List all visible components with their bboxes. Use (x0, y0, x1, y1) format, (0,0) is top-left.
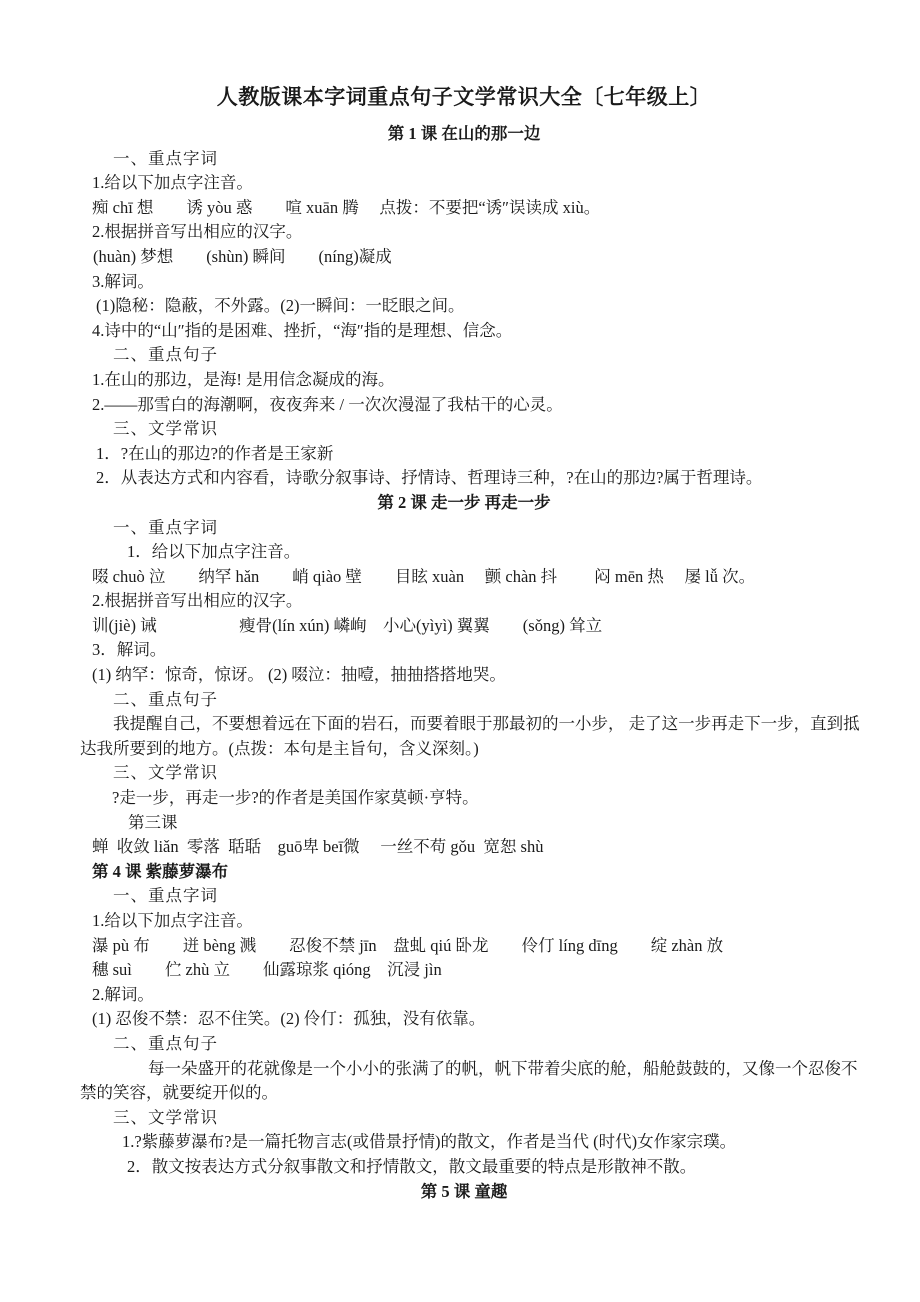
document-line: 啜 chuò 泣 纳罕 hǎn 峭 qiào 壁 目眩 xuàn 颤 chàn … (80, 565, 848, 590)
document-line: 1．?在山的那边?的作者是王家新 (80, 442, 848, 467)
document-line: 禁的笑容，就要绽开似的。 (80, 1081, 848, 1106)
document-line: (huàn) 梦想 (shùn) 瞬间 (níng)凝成 (80, 245, 848, 270)
document-line: 4.诗中的“山″指的是困难、挫折，“海″指的是理想、信念。 (80, 319, 848, 344)
document-content: 人教版课本字词重点句子文学常识大全〔七年级上〕 第 1 课 在山的那一边一、重点… (80, 84, 848, 1204)
document-title: 人教版课本字词重点句子文学常识大全〔七年级上〕 (80, 84, 848, 110)
document-line: 每一朵盛开的花就像是一个小小的张满了的帆，帆下带着尖底的舱，船舱鼓鼓的，又像一个… (80, 1057, 848, 1082)
document-line: 2.解词。 (80, 983, 848, 1008)
document-page: 人教版课本字词重点句子文学常识大全〔七年级上〕 第 1 课 在山的那一边一、重点… (0, 0, 920, 1302)
document-line: (1) 纳罕：惊奇，惊讶。 (2) 啜泣：抽噎，抽抽搭搭地哭。 (80, 663, 848, 688)
section-heading: 一、重点字词 (80, 147, 848, 172)
document-line: 2.根据拼音写出相应的汉字。 (80, 589, 848, 614)
section-heading: 一、重点字词 (80, 884, 848, 909)
section-heading: 二、重点句子 (80, 343, 848, 368)
document-line: 训(jiè) 诫 瘦骨(lín xún) 嶙峋 小心(yìyì) 翼翼 (sǒn… (80, 614, 848, 639)
document-line: 2.——那雪白的海潮啊，夜夜奔来 / 一次次漫湿了我枯干的心灵。 (80, 393, 848, 418)
section-heading: 三、文学常识 (80, 417, 848, 442)
document-lines: 第 1 课 在山的那一边一、重点字词1.给以下加点字注音。痴 chī 想 诱 y… (80, 122, 848, 1204)
section-heading: 一、重点字词 (80, 516, 848, 541)
document-line: ?走一步，再走一步?的作者是美国作家莫顿·亨特。 (80, 786, 848, 811)
lesson-heading: 第 5 课 童趣 (80, 1180, 848, 1205)
document-line: 2.根据拼音写出相应的汉字。 (80, 220, 848, 245)
section-heading: 二、重点句子 (80, 1032, 848, 1057)
document-line: 3.解词。 (80, 270, 848, 295)
document-line: 1．给以下加点字注音。 (80, 540, 848, 565)
section-heading: 三、文学常识 (80, 1106, 848, 1131)
document-line: 我提醒自己，不要想着远在下面的岩石，而要着眼于那最初的一小步， 走了这一步再走下… (80, 712, 848, 737)
document-line: 1.?紫藤萝瀑布?是一篇托物言志(或借景抒情)的散文，作者是当代 (时代)女作家… (80, 1130, 848, 1155)
document-line: 2．从表达方式和内容看，诗歌分叙事诗、抒情诗、哲理诗三种，?在山的那边?属于哲理… (80, 466, 848, 491)
document-line: 蝉 收敛 liǎn 零落 聒聒 guō卑 beī微 一丝不苟 gǒu 宽恕 sh… (80, 835, 848, 860)
document-line: (1)隐秘：隐蔽，不外露。(2)一瞬间：一眨眼之间。 (80, 294, 848, 319)
lesson-heading: 第 2 课 走一步 再走一步 (80, 491, 848, 516)
document-line: 3．解词。 (80, 638, 848, 663)
section-heading: 二、重点句子 (80, 688, 848, 713)
section-heading: 三、文学常识 (80, 761, 848, 786)
document-line: 瀑 pù 布 迸 bèng 溅 忍俊不禁 jīn 盘虬 qiú 卧龙 伶仃 lí… (80, 934, 848, 959)
lesson-heading: 第 4 课 紫藤萝瀑布 (80, 860, 848, 885)
document-line: 达我所要到的地方。(点拨：本句是主旨句，含义深刻。) (80, 737, 848, 762)
document-line: 1.在山的那边，是海! 是用信念凝成的海。 (80, 368, 848, 393)
document-line: (1) 忍俊不禁：忍不住笑。(2) 伶仃：孤独，没有依靠。 (80, 1007, 848, 1032)
document-line: 第三课 (80, 811, 848, 836)
document-line: 1.给以下加点字注音。 (80, 909, 848, 934)
document-line: 2．散文按表达方式分叙事散文和抒情散文，散文最重要的特点是形散神不散。 (80, 1155, 848, 1180)
document-line: 穗 suì 伫 zhù 立 仙露琼浆 qióng 沉浸 jìn (80, 958, 848, 983)
lesson-heading: 第 1 课 在山的那一边 (80, 122, 848, 147)
document-line: 痴 chī 想 诱 yòu 惑 喧 xuān 腾 点拨：不要把“诱″误读成 xi… (80, 196, 848, 221)
document-line: 1.给以下加点字注音。 (80, 171, 848, 196)
